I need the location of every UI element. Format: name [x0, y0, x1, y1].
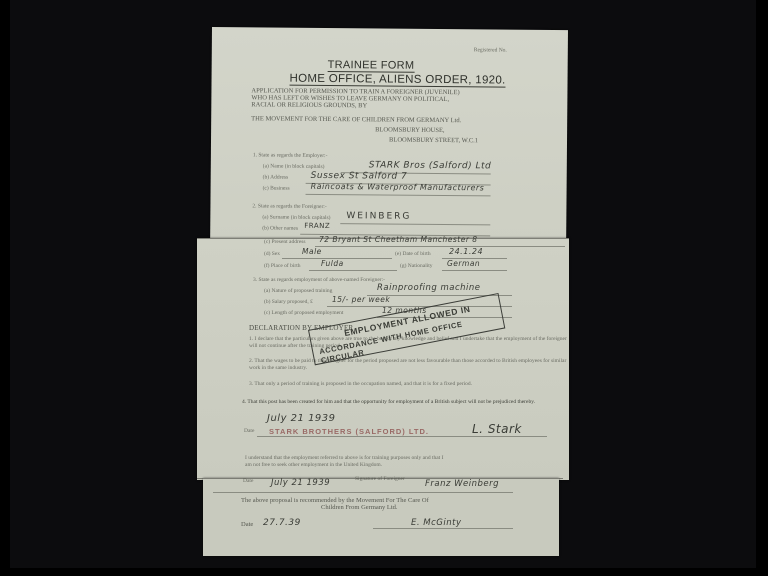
trainee-statement-line1: I understand that the employment referre… [245, 455, 443, 461]
employer-name-value: STARK Bros (Salford) Ltd [369, 160, 492, 171]
foreigner-surname-label: (a) Surname (in block capitals) [262, 214, 330, 221]
trainee-signature-value: Franz Weinberg [425, 479, 499, 489]
paper-fold-crease-upper [197, 238, 569, 239]
registered-no-label: Registered No. [474, 47, 507, 53]
trainee-underline [213, 492, 513, 493]
declaration-paragraph-3: 3. That only a period of training is pro… [249, 381, 567, 388]
foreigner-dob-value: 24.1.24 [449, 247, 483, 256]
employment-length-label: (c) Length of proposed employment [264, 310, 343, 316]
salary-label: (b) Salary proposed, £ [264, 299, 313, 305]
application-text-line3: RACIAL OR RELIGIOUS GROUNDS, BY [251, 101, 367, 109]
trainee-statement-line2: am not free to seek other employment in … [245, 462, 382, 468]
training-nature-value: Rainproofing machine [377, 283, 481, 293]
video-frame-border-left [0, 0, 10, 576]
foreigner-pob-label: (f) Place of birth [264, 263, 301, 269]
declaration-paragraph-4: 4. That this post has been created for h… [242, 399, 567, 406]
address-line2: BLOOMSBURY STREET, W.C.1 [389, 137, 478, 145]
final-date-label: Date [241, 521, 253, 528]
declaration-handwritten-date: July 21 1939 [267, 413, 336, 424]
foreigner-nationality-label: (g) Nationality [400, 263, 433, 269]
form-page-middle-panel: (c) Present address 72 Bryant St Cheetha… [197, 238, 569, 480]
form-page-bottom-panel: Date July 21 1939 Signature of Foreigner… [203, 478, 559, 556]
foreigner-sex-label: (d) Sex [264, 251, 280, 257]
employer-business-underline [306, 194, 491, 197]
trainee-signature-label: Signature of Foreigner [355, 476, 405, 482]
declaration-paragraph-2: 2. That the wages to be paid to the fore… [249, 358, 567, 371]
foreigner-address-label: (c) Present address [264, 239, 306, 245]
employer-address-label: (b) Address [263, 174, 289, 180]
foreigner-address-underline [315, 246, 565, 247]
address-line1: BLOOMSBURY HOUSE, [375, 126, 445, 134]
employer-company-stamp: STARK BROTHERS (SALFORD) LTD. [269, 427, 429, 436]
form-title: TRAINEE FORM [328, 59, 415, 73]
form-subtitle: HOME OFFICE, ALIENS ORDER, 1920. [289, 73, 505, 88]
section2-heading: 2. State as regards the Foreigner:- [252, 203, 326, 210]
video-frame-border-bottom [0, 568, 768, 576]
paper-fold-crease-lower [197, 478, 563, 479]
foreigner-surname-value: WEINBERG [346, 211, 411, 222]
declaration-date-label: Date [244, 428, 254, 434]
salary-value: 15/- per week [332, 295, 390, 304]
recommendation-line1: The above proposal is recommended by the… [241, 497, 429, 504]
employer-business-label: (c) Business [263, 185, 290, 191]
section3-heading: 3. State as regards employment of above-… [253, 277, 385, 283]
foreigner-sex-value: Male [302, 247, 322, 256]
foreigner-nationality-underline [442, 270, 507, 271]
employer-address-value: Sussex St Salford 7 [311, 171, 408, 182]
form-page-top-panel: Registered No. TRAINEE FORM HOME OFFICE,… [210, 27, 568, 246]
employer-name-label: (a) Name (in block capitals) [263, 163, 325, 170]
foreigner-nationality-value: German [447, 259, 480, 268]
final-date-value: 27.7.39 [263, 518, 301, 528]
foreigner-pob-underline [309, 270, 397, 271]
section1-heading: 1. State as regards the Employer:- [253, 152, 328, 159]
foreigner-pob-value: Fulda [321, 259, 344, 268]
trainee-date-value: July 21 1939 [271, 478, 330, 488]
foreigner-othernames-label: (b) Other names [262, 225, 298, 231]
foreigner-othernames-value: FRANZ [304, 222, 330, 230]
foreigner-dob-label: (e) Date of birth [395, 251, 431, 257]
declaration-underline [257, 436, 547, 437]
foreigner-address-value: 72 Bryant St Cheetham Manchester 8 [319, 235, 478, 244]
employer-signature: L. Stark [472, 422, 522, 436]
final-signature-value: E. McGinty [411, 518, 461, 528]
recommendation-line2: Children From Germany Ltd. [321, 504, 398, 511]
employer-business-value: Raincoats & Waterproof Manufacturers [311, 182, 485, 193]
video-frame-border-right [756, 0, 768, 576]
training-nature-label: (a) Nature of proposed training [264, 288, 332, 294]
foreigner-surname-underline [340, 223, 490, 225]
organisation-name: THE MOVEMENT FOR THE CARE OF CHILDREN FR… [251, 115, 461, 124]
final-signature-underline [373, 528, 513, 529]
